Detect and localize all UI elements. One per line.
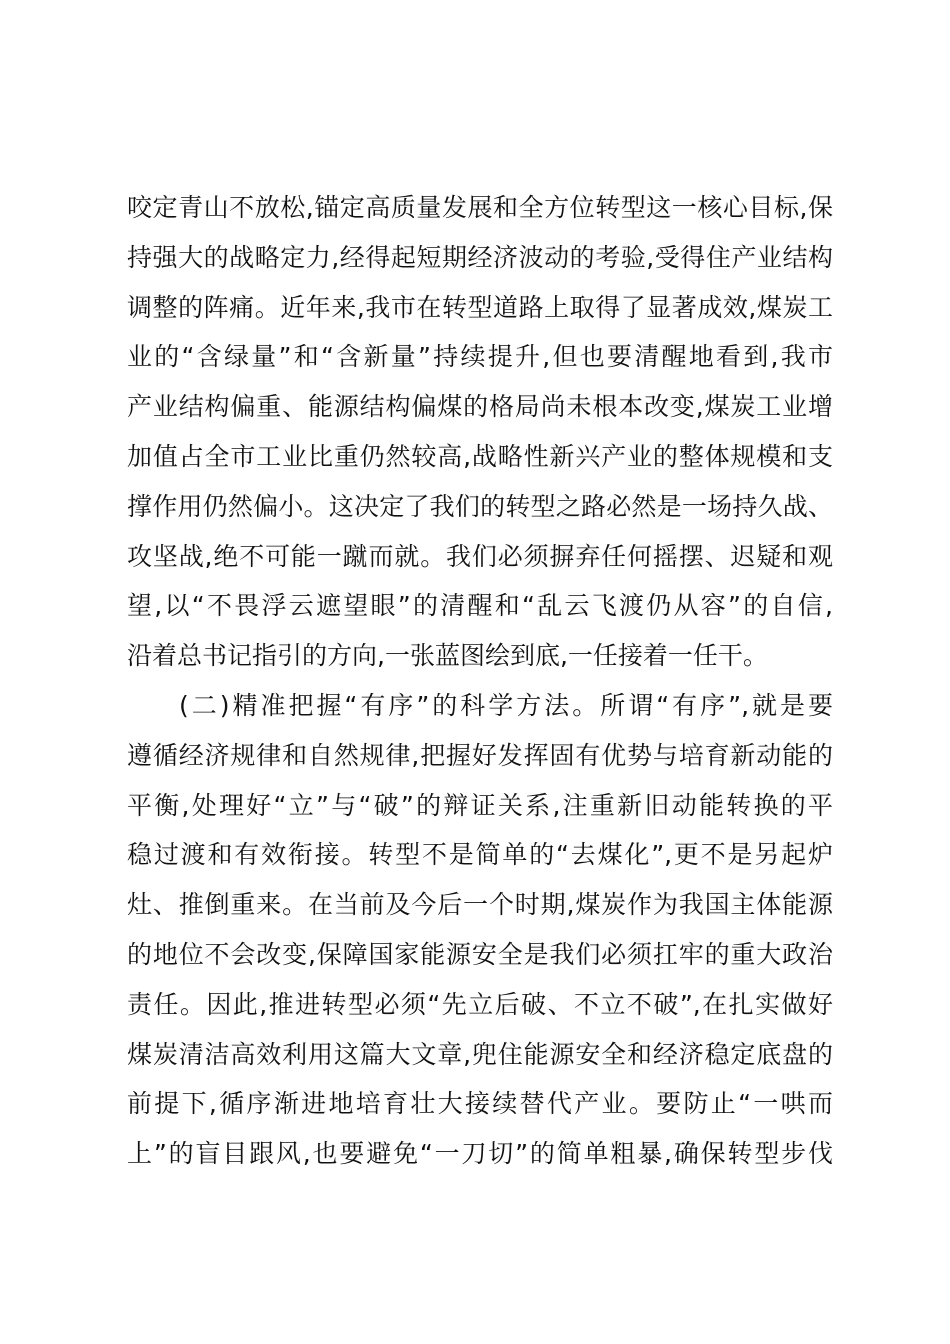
text-line: 上”的盲目跟风,也要避免“一刀切”的简单粗暴,确保转型步伐 (127, 1129, 833, 1179)
text-line: 沿着总书记指引的方向,一张蓝图绘到底,一任接着一任干。 (127, 631, 833, 681)
text-line: 攻坚战,绝不可能一蹴而就。我们必须摒弃任何摇摆、迟疑和观 (127, 532, 833, 582)
section-heading-line: (二)精准把握“有序”的科学方法。所谓“有序”,就是要 (127, 681, 833, 731)
text-line: 前提下,循序渐进地培育壮大接续替代产业。要防止“一哄而 (127, 1079, 833, 1129)
text-line: 调整的阵痛。近年来,我市在转型道路上取得了显著成效,煤炭工 (127, 283, 833, 333)
text-line: 望,以“不畏浮云遮望眼”的清醒和“乱云飞渡仍从容”的自信, (127, 581, 833, 631)
text-line: 稳过渡和有效衔接。转型不是简单的“去煤化”,更不是另起炉 (127, 830, 833, 880)
text-line: 责任。因此,推进转型必须“先立后破、不立不破”,在扎实做好 (127, 980, 833, 1030)
text-line: 持强大的战略定力,经得起短期经济波动的考验,受得住产业结构 (127, 233, 833, 283)
text-line: 灶、推倒重来。在当前及今后一个时期,煤炭作为我国主体能源 (127, 880, 833, 930)
text-line: 撑作用仍然偏小。这决定了我们的转型之路必然是一场持久战、 (127, 482, 833, 532)
text-line: 遵循经济规律和自然规律,把握好发挥固有优势与培育新动能的 (127, 731, 833, 781)
paragraph-2-section-two: (二)精准把握“有序”的科学方法。所谓“有序”,就是要 遵循经济规律和自然规律,… (127, 681, 833, 1179)
text-line: 的地位不会改变,保障国家能源安全是我们必须扛牢的重大政治 (127, 930, 833, 980)
document-body: 咬定青山不放松,锚定高质量发展和全方位转型这一核心目标,保 持强大的战略定力,经… (127, 183, 833, 1179)
document-page: 咬定青山不放松,锚定高质量发展和全方位转型这一核心目标,保 持强大的战略定力,经… (0, 0, 950, 1344)
text-line: 业的“含绿量”和“含新量”持续提升,但也要清醒地看到,我市 (127, 332, 833, 382)
text-line: 加值占全市工业比重仍然较高,战略性新兴产业的整体规模和支 (127, 432, 833, 482)
text-line: 煤炭清洁高效利用这篇大文章,兜住能源安全和经济稳定底盘的 (127, 1030, 833, 1080)
paragraph-1: 咬定青山不放松,锚定高质量发展和全方位转型这一核心目标,保 持强大的战略定力,经… (127, 183, 833, 681)
text-line: 产业结构偏重、能源结构偏煤的格局尚未根本改变,煤炭工业增 (127, 382, 833, 432)
text-line: 咬定青山不放松,锚定高质量发展和全方位转型这一核心目标,保 (127, 183, 833, 233)
text-line: 平衡,处理好“立”与“破”的辩证关系,注重新旧动能转换的平 (127, 781, 833, 831)
